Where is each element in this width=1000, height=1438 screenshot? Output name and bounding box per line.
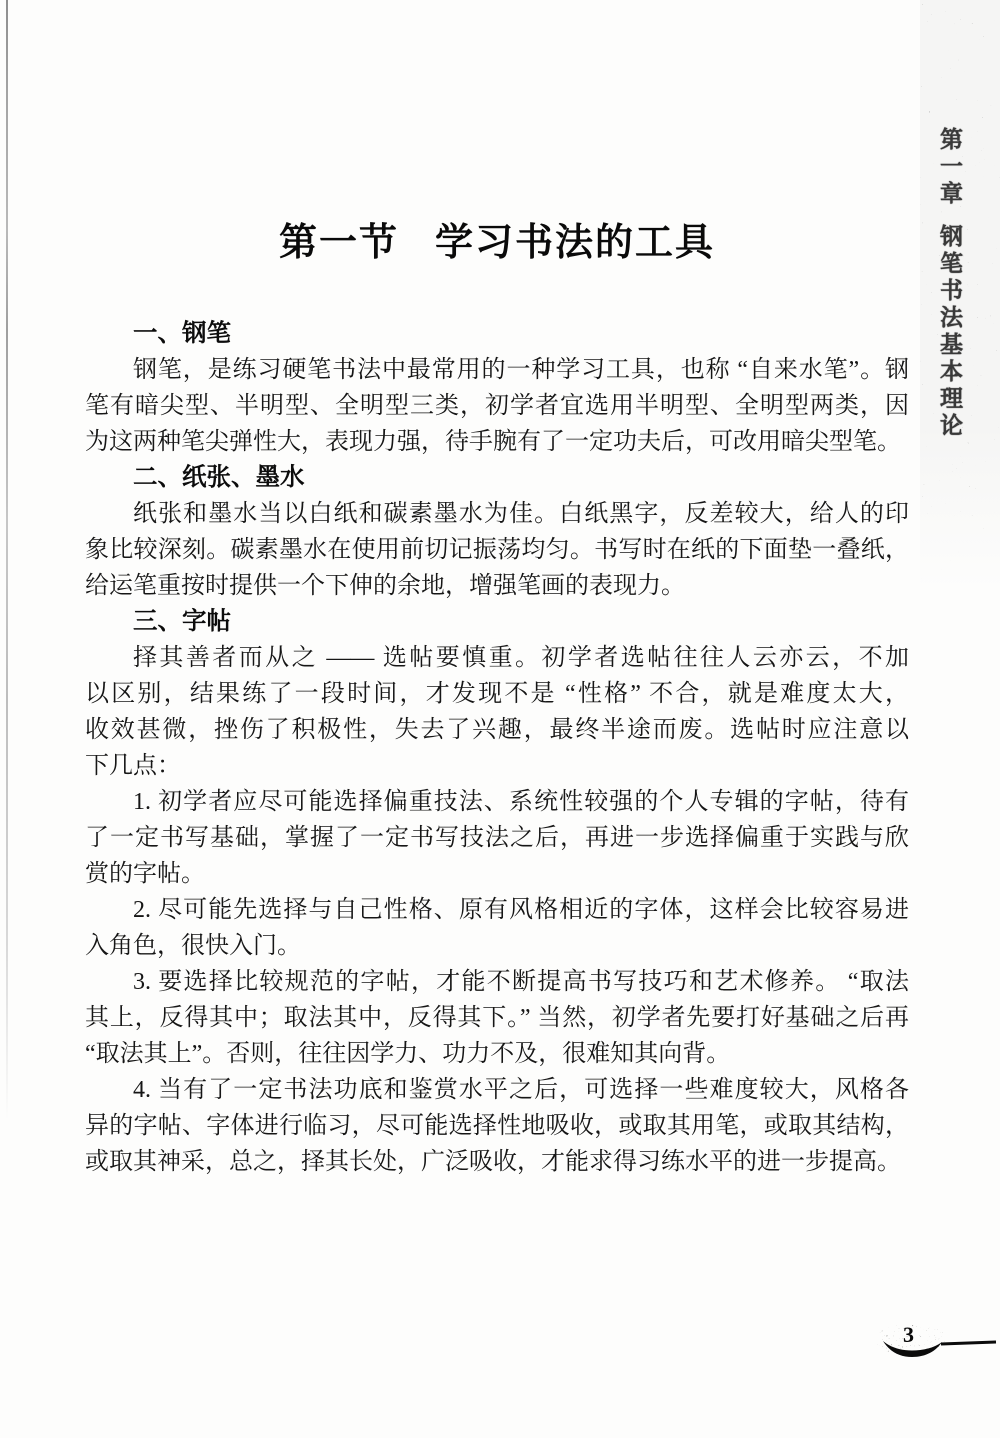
- text-line: 其上，反得其中；取法其中，反得其下。” 当然，初学者先要打好基础之后再: [85, 1000, 909, 1036]
- paragraph: 4. 当有了一定书法功底和鉴赏水平之后，可选择一些难度较大，风格各异的字帖、字体…: [85, 1072, 909, 1180]
- section-title-text: 学习书法的工具: [435, 222, 715, 264]
- section-title: 第一节学习书法的工具: [85, 211, 909, 266]
- paragraph: 择其善者而从之 —— 选帖要慎重。初学者选帖往往人云亦云，不加以区别，结果练了一…: [85, 640, 909, 784]
- text-line: 了一定书写基础，掌握了一定书写技法之后，再进一步选择偏重于实践与欣: [85, 820, 909, 856]
- text-line: 为这两种笔尖弹性大，表现力强，待手腕有了一定功夫后，可改用暗尖型笔。: [85, 424, 909, 460]
- page-number-ornament: 3: [853, 1314, 1000, 1372]
- page-edge-line: [6, 0, 8, 1150]
- body-text: 一、钢笔钢笔，是练习硬笔书法中最常用的一种学习工具，也称 “自来水笔”。钢笔有暗…: [85, 316, 909, 1180]
- text-line: 3. 要选择比较规范的字帖，才能不断提高书写技巧和艺术修养。 “取法: [85, 964, 909, 1000]
- text-line: 赏的字帖。: [85, 856, 909, 892]
- text-line: 以区别，结果练了一段时间，才发现不是 “性格” 不合，就是难度太大，: [85, 676, 909, 712]
- text-line: 给运笔重按时提供一个下伸的余地，增强笔画的表现力。: [85, 568, 909, 604]
- text-line: 入角色，很快入门。: [85, 928, 909, 964]
- section-heading: 三、字帖: [85, 604, 909, 640]
- text-line: 择其善者而从之 —— 选帖要慎重。初学者选帖往往人云亦云，不加: [85, 640, 909, 676]
- sidebar-chapter-label: 第一章: [934, 127, 967, 208]
- paragraph: 1. 初学者应尽可能选择偏重技法、系统性较强的个人专辑的字帖，待有了一定书写基础…: [85, 784, 909, 892]
- book-page: 第一章 钢笔书法基本理论 第一节学习书法的工具 一、钢笔钢笔，是练习硬笔书法中最…: [0, 0, 1000, 1438]
- paragraph: 2. 尽可能先选择与自己性格、原有风格相近的字体，这样会比较容易进入角色，很快入…: [85, 892, 909, 964]
- section-heading: 二、纸张、墨水: [85, 460, 909, 496]
- section-heading: 一、钢笔: [85, 316, 909, 352]
- text-line: 4. 当有了一定书法功底和鉴赏水平之后，可选择一些难度较大，风格各: [85, 1072, 909, 1108]
- text-line: 象比较深刻。碳素墨水在使用前切记振荡均匀。书写时在纸的下面垫一叠纸，: [85, 532, 909, 568]
- text-line: 笔有暗尖型、半明型、全明型三类，初学者宜选用半明型、全明型两类，因: [85, 388, 909, 424]
- text-line: 或取其神采，总之，择其长处，广泛吸收，才能求得习练水平的进一步提高。: [85, 1144, 909, 1180]
- text-line: 纸张和墨水当以白纸和碳素墨水为佳。白纸黑字，反差较大，给人的印: [85, 496, 909, 532]
- paragraph: 纸张和墨水当以白纸和碳素墨水为佳。白纸黑字，反差较大，给人的印象比较深刻。碳素墨…: [85, 496, 909, 604]
- section-number: 第一节: [279, 222, 399, 264]
- text-line: “取法其上”。否则，往往因学力、功力不及，很难知其向背。: [85, 1036, 909, 1072]
- text-line: 收效甚微，挫伤了积极性，失去了兴趣，最终半途而废。选帖时应注意以: [85, 712, 909, 748]
- paragraph: 钢笔，是练习硬笔书法中最常用的一种学习工具，也称 “自来水笔”。钢笔有暗尖型、半…: [85, 352, 909, 460]
- text-line: 下几点：: [85, 748, 909, 784]
- page-number: 3: [903, 1322, 914, 1347]
- text-line: 钢笔，是练习硬笔书法中最常用的一种学习工具，也称 “自来水笔”。钢: [85, 352, 909, 388]
- sidebar-book-part-title: 钢笔书法基本理论: [934, 224, 967, 440]
- text-line: 2. 尽可能先选择与自己性格、原有风格相近的字体，这样会比较容易进: [85, 892, 909, 928]
- text-line: 异的字帖、字体进行临习，尽可能选择性地吸收，或取其用笔，或取其结构，: [85, 1108, 909, 1144]
- text-line: 1. 初学者应尽可能选择偏重技法、系统性较强的个人专辑的字帖，待有: [85, 784, 909, 820]
- chapter-sidebar: 第一章 钢笔书法基本理论: [920, 0, 1000, 590]
- ornament-rule: [941, 1342, 996, 1344]
- paragraph: 3. 要选择比较规范的字帖，才能不断提高书写技巧和艺术修养。 “取法其上，反得其…: [85, 964, 909, 1072]
